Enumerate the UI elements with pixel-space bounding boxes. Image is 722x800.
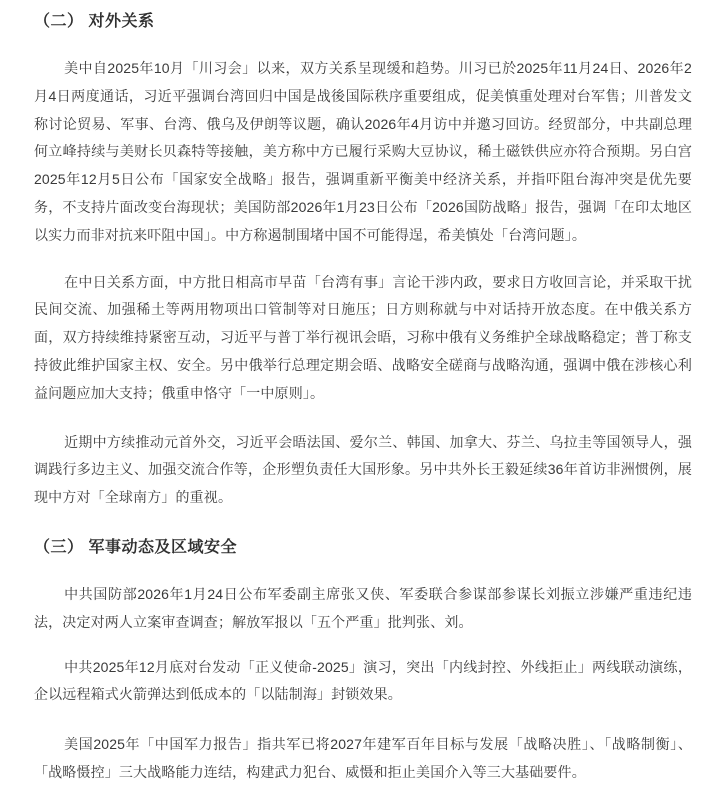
paragraph-japan-russia-relations: 在中日关系方面，中方批日相高市早苗「台湾有事」言论干涉内政，要求日方收回言论，并… [34, 269, 692, 408]
section-heading-military-security: （三） 军事动态及区域安全 [34, 534, 692, 562]
paragraph-defense-ministry-investigation: 中共国防部2026年1月24日公布军委副主席张又侠、军委联合参谋部参谋长刘振立涉… [34, 581, 692, 637]
document-page: （二） 对外关系 美中自2025年10月「川习会」以来，双方关系呈现缓和趋势。川… [0, 0, 722, 800]
section-heading-foreign-relations: （二） 对外关系 [34, 8, 692, 36]
paragraph-summit-diplomacy: 近期中方续推动元首外交，习近平会晤法国、爱尔兰、韩国、加拿大、芬兰、乌拉圭等国领… [34, 429, 692, 512]
paragraph-military-exercise: 中共2025年12月底对台发动「正义使命-2025」演习，突出「内线封控、外线拒… [34, 654, 692, 710]
paragraph-us-china-military-report: 美国2025年「中国军力报告」指共军已将2027年建军百年目标与发展「战略决胜」… [34, 731, 692, 787]
paragraph-us-china-relations: 美中自2025年10月「川习会」以来，双方关系呈现缓和趋势。川习已於2025年1… [34, 55, 692, 250]
